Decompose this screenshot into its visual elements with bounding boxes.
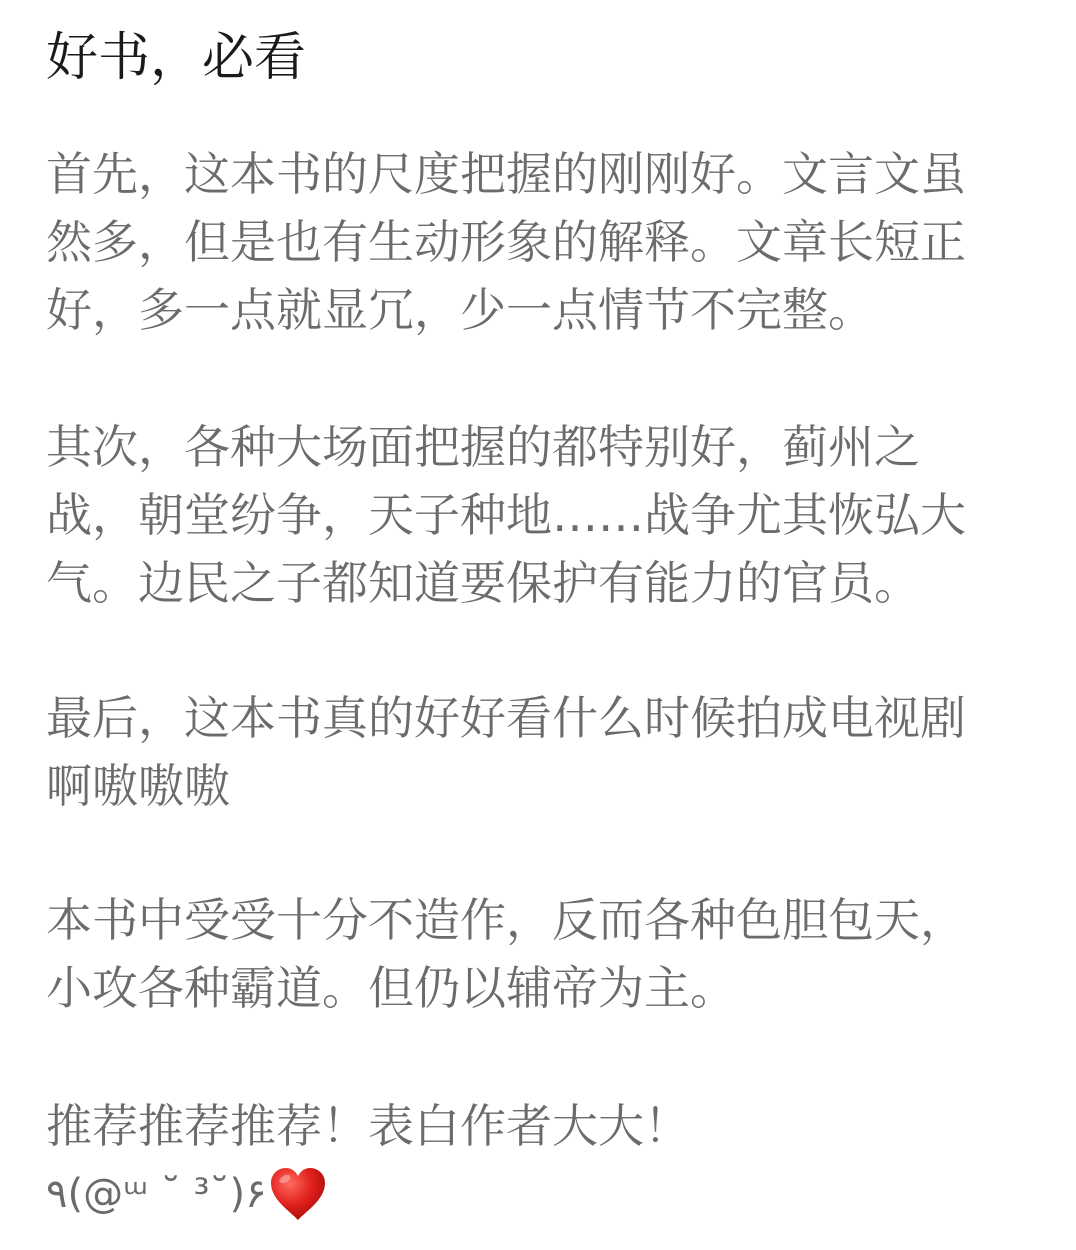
paragraph-line: 推荐推荐推荐！表白作者大大！ [46,1092,1026,1160]
paragraph-line: 首先，这本书的尺度把握的刚刚好。文言文虽 [46,140,1026,208]
paragraph-1: 首先，这本书的尺度把握的刚刚好。文言文虽 然多，但是也有生动形象的解释。文章长短… [46,140,1026,344]
paragraph-line: 小攻各种霸道。但仍以辅帝为主。 [46,954,1026,1022]
paragraph-line: 战，朝堂纷争，天子种地……战争尤其恢弘大 [46,481,1026,549]
paragraph-line: 啊嗷嗷嗷 [46,752,1026,820]
post-title: 好书，必看 [46,26,306,90]
paragraph-4: 本书中受受十分不造作，反而各种色胆包天， 小攻各种霸道。但仍以辅帝为主。 [46,886,1026,1022]
paragraph-3: 最后，这本书真的好好看什么时候拍成电视剧 啊嗷嗷嗷 [46,684,1026,820]
paragraph-2: 其次，各种大场面把握的都特别好，蓟州之 战，朝堂纷争，天子种地……战争尤其恢弘大… [46,413,1026,617]
paragraph-line: 好，多一点就显冗，少一点情节不完整。 [46,276,1026,344]
paragraph-line: 本书中受受十分不造作，反而各种色胆包天， [46,886,1026,954]
paragraph-5: 推荐推荐推荐！表白作者大大！ ٩(@ᵚ ˘ ³˘)۶ [46,1092,1026,1228]
paragraph-line: 最后，这本书真的好好看什么时候拍成电视剧 [46,684,1026,752]
heart-icon [269,1166,327,1222]
paragraph-line: 其次，各种大场面把握的都特别好，蓟州之 [46,413,1026,481]
kaomoji: ٩(@ᵚ ˘ ³˘)۶ [46,1160,267,1228]
kaomoji-line: ٩(@ᵚ ˘ ³˘)۶ [46,1160,1026,1228]
paragraph-line: 然多，但是也有生动形象的解释。文章长短正 [46,208,1026,276]
paragraph-line: 气。边民之子都知道要保护有能力的官员。 [46,549,1026,617]
